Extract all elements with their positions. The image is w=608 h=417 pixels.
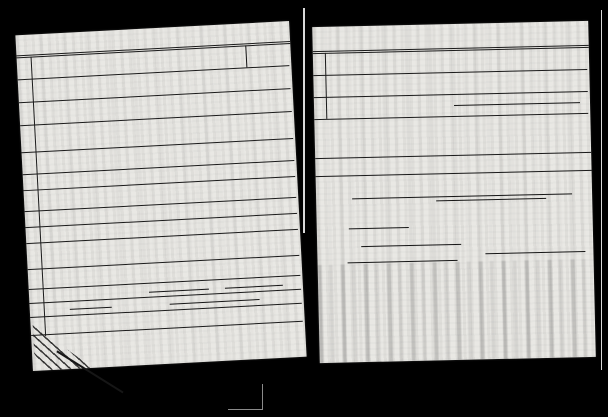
county-line <box>361 244 461 247</box>
film-gap-line <box>303 8 305 233</box>
corner-diagonal-stroke <box>57 350 124 393</box>
row-label <box>41 190 83 192</box>
film-bracket-vertical <box>262 384 263 410</box>
signature-underline <box>436 198 546 201</box>
film-right-edge-line <box>601 10 602 370</box>
blank-answer-line <box>454 102 580 106</box>
age-box <box>245 43 287 67</box>
microfilm-scan-viewport <box>0 0 608 417</box>
bleed-through-text-block <box>318 259 596 363</box>
blank-dash <box>149 289 209 293</box>
film-bracket-horizontal <box>228 409 263 410</box>
state-line <box>348 260 458 263</box>
row-label <box>47 316 95 319</box>
registration-card-page <box>15 21 306 371</box>
row-disability <box>314 91 588 120</box>
registrars-report-page <box>312 21 596 363</box>
blank-dash <box>70 307 112 310</box>
row-label <box>328 55 378 56</box>
blank-dash <box>170 299 260 305</box>
row-label <box>329 96 449 99</box>
row-label <box>431 67 511 69</box>
row-label <box>39 153 71 155</box>
blank-dash <box>225 285 283 289</box>
precinct-line <box>349 227 409 229</box>
date-line <box>485 251 585 254</box>
